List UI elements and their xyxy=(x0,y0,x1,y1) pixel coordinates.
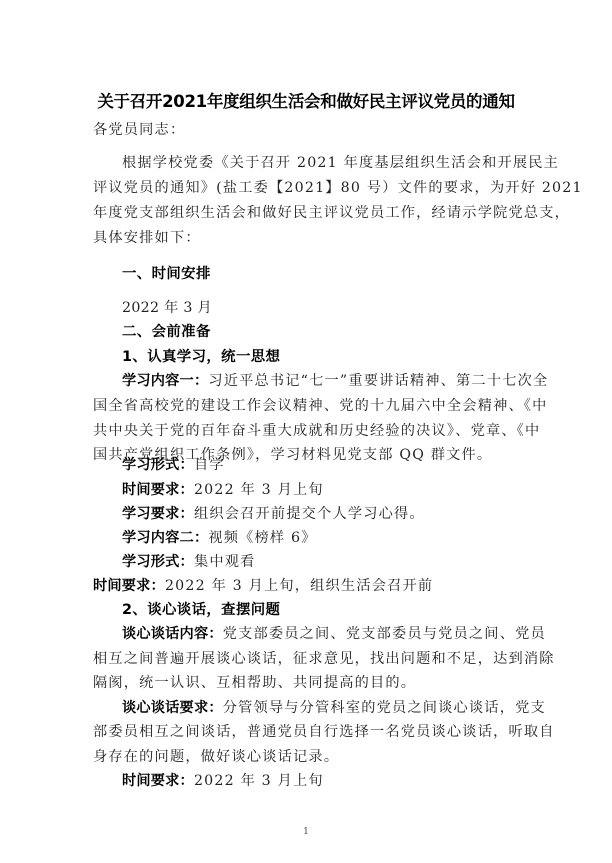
study-form-1-row: 学习形式：自学 xyxy=(122,453,533,478)
study-form-2: 学习形式：集中观看 xyxy=(122,550,533,575)
intro-line: 评议党员的通知》(盐工委【2021】80 号）文件的要求，为开好 2021 xyxy=(93,176,533,201)
talk-content-line: 相互之间普遍开展谈心谈话，征求意见，找出问题和不足，达到消除 xyxy=(93,647,533,672)
value: 党支部委员之间、党支部委员与党员之间、党员 xyxy=(223,626,546,642)
value: 2022 年 3 月上旬 xyxy=(194,773,324,789)
talk-requirement-line: 身存在的问题，做好谈心谈话记录。 xyxy=(93,745,533,770)
label: 时间要求： xyxy=(122,482,194,498)
study-content-1: 学习内容一：习近平总书记“七一”重要讲话精神、第二十七次全 xyxy=(122,369,533,394)
document-page: 关于召开2021年度组织生活会和做好民主评议党员的通知 各党员同志： 根据学校党… xyxy=(0,0,612,863)
intro-line: 年度党支部组织生活会和做好民主评议党员工作，经请示学院党总支， xyxy=(93,201,533,226)
label: 时间要求： xyxy=(122,773,194,789)
label: 学习形式： xyxy=(122,554,194,570)
talk-requirement-line: 部委员相互之间谈话，普通党员自行选择一名党员谈心谈话，听取自 xyxy=(93,720,533,745)
value: 自学 xyxy=(194,457,225,473)
page-number: 1 xyxy=(0,827,612,837)
study-time-1: 时间要求：2022 年 3 月上旬 xyxy=(122,478,533,503)
label: 谈心谈话要求： xyxy=(122,700,223,716)
salutation: 各党员同志： xyxy=(93,118,533,143)
value: 2022 年 3 月上旬，组织生活会召开前 xyxy=(165,578,433,594)
label: 谈心谈话内容： xyxy=(122,626,223,642)
subsection-heading-study: 1、认真学习，统一思想 xyxy=(122,345,533,370)
value: 视频《榜样 6》 xyxy=(208,530,316,546)
value: 集中观看 xyxy=(194,554,256,570)
schedule-text: 2022 年 3 月 xyxy=(122,296,533,321)
study-content-line: 共中央关于党的百年奋斗重大成就和历史经验的决议》、党章、《中 xyxy=(93,419,533,444)
study-content-line: 国全省高校党的建设工作会议精神、党的十九届六中全会精神、《中 xyxy=(93,394,533,419)
label: 时间要求： xyxy=(93,578,165,594)
subsection-heading-talks: 2、谈心谈话，查摆问题 xyxy=(122,598,533,623)
value: 习近平总书记“七一”重要讲话精神、第二十七次全 xyxy=(208,373,548,389)
value: 组织会召开前提交个人学习心得。 xyxy=(194,506,425,522)
study-time-2: 时间要求：2022 年 3 月上旬，组织生活会召开前 xyxy=(93,574,533,599)
talk-time: 时间要求：2022 年 3 月上旬 xyxy=(122,769,533,794)
study-requirement-1: 学习要求：组织会召开前提交个人学习心得。 xyxy=(122,502,533,527)
value: 2022 年 3 月上旬 xyxy=(194,482,324,498)
talk-content-line: 隔阂，统一认识、互相帮助、共同提高的目的。 xyxy=(93,671,533,696)
label: 学习形式： xyxy=(122,457,194,473)
intro-line: 具体安排如下： xyxy=(93,226,533,251)
section-heading-schedule: 一、时间安排 xyxy=(122,262,533,287)
talk-requirement: 谈心谈话要求：分管领导与分管科室的党员之间谈心谈话，党支 xyxy=(122,696,533,721)
label: 学习要求： xyxy=(122,506,194,522)
study-content-2: 学习内容二：视频《榜样 6》 xyxy=(122,526,533,551)
section-heading-preparation: 二、会前准备 xyxy=(122,320,533,345)
label: 学习内容一： xyxy=(122,373,208,389)
value: 分管领导与分管科室的党员之间谈心谈话，党支 xyxy=(223,700,546,716)
intro-line: 根据学校党委《关于召开 2021 年度基层组织生活会和开展民主 xyxy=(122,151,533,176)
document-title: 关于召开2021年度组织生活会和做好民主评议党员的通知 xyxy=(0,88,612,112)
label: 学习内容二： xyxy=(122,530,208,546)
talk-content: 谈心谈话内容：党支部委员之间、党支部委员与党员之间、党员 xyxy=(122,622,533,647)
